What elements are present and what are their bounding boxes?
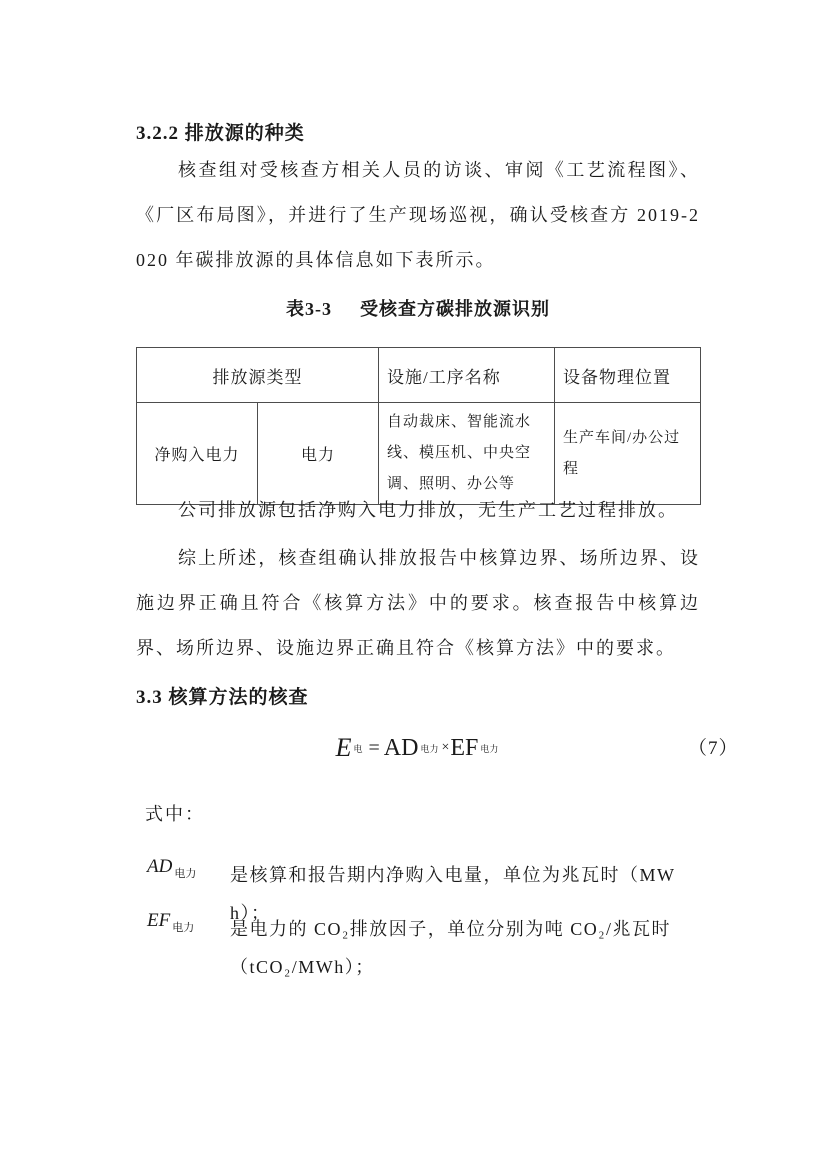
definition-ad-term-base: AD bbox=[147, 856, 172, 877]
where-label: 式中： bbox=[136, 800, 700, 826]
formula-equals-sign: = bbox=[369, 737, 380, 760]
emission-source-table-wrapper: 排放源类型 设施/工序名称 设备物理位置 净购入电力 电力 自动裁床、智能流水线… bbox=[136, 347, 700, 505]
definition-ad-term-subscript: 电力 bbox=[174, 868, 196, 880]
formula-ef-term: EF bbox=[450, 735, 478, 762]
formula-times-sign: × bbox=[441, 740, 449, 756]
definition-ef-description: 是电力的 CO₂排放因子，单位分别为吨 CO₂/兆瓦时 （tCO₂/MWh）； bbox=[230, 910, 671, 986]
definition-ef-term-base: EF bbox=[147, 910, 170, 931]
section-heading-3-2-2: 3.2.2 排放源的种类 bbox=[136, 118, 700, 145]
section-heading-3-3: 3.3 核算方法的核查 bbox=[136, 682, 700, 709]
definition-ef-description-line2: （tCO₂/MWh）； bbox=[230, 948, 671, 986]
intro-paragraph: 核查组对受核查方相关人员的访谈、审阅《工艺流程图》、《厂区布局图》，并进行了生产… bbox=[136, 148, 700, 283]
table-caption-title: 受核查方碳排放源识别 bbox=[360, 299, 550, 319]
table-header-source-type: 排放源类型 bbox=[137, 348, 379, 403]
table-caption: 表3-3受核查方碳排放源识别 bbox=[136, 295, 700, 321]
definition-ef: EF电力 是电力的 CO₂排放因子，单位分别为吨 CO₂/兆瓦时 （tCO₂/M… bbox=[136, 910, 700, 986]
paragraph-after-table: 公司排放源包括净购入电力排放，无生产工艺过程排放。 bbox=[136, 488, 700, 533]
table-caption-label: 表3-3 bbox=[286, 299, 332, 319]
definition-ef-description-line1: 是电力的 CO₂排放因子，单位分别为吨 CO₂/兆瓦时 bbox=[230, 910, 671, 948]
table-header-physical-location: 设备物理位置 bbox=[555, 348, 701, 403]
formula-lhs-subscript: 电 bbox=[353, 742, 362, 755]
table-header-facility-name: 设施/工序名称 bbox=[379, 348, 555, 403]
formula-block: E电=AD电力×EF电力 （7） bbox=[136, 728, 700, 768]
formula-ef-subscript: 电力 bbox=[480, 742, 498, 755]
definition-ef-term: EF电力 bbox=[136, 910, 230, 935]
equation-number: （7） bbox=[688, 733, 739, 760]
table-header-row: 排放源类型 设施/工序名称 设备物理位置 bbox=[137, 348, 701, 403]
document-page: 3.2.2 排放源的种类 核查组对受核查方相关人员的访谈、审阅《工艺流程图》、《… bbox=[0, 0, 827, 1169]
formula-ad-subscript: 电力 bbox=[420, 742, 438, 755]
definition-ef-term-subscript: 电力 bbox=[172, 922, 194, 934]
summary-paragraph: 综上所述，核查组确认排放报告中核算边界、场所边界、设施边界正确且符合《核算方法》… bbox=[136, 536, 700, 671]
emission-source-table: 排放源类型 设施/工序名称 设备物理位置 净购入电力 电力 自动裁床、智能流水线… bbox=[136, 347, 701, 505]
formula-ad-term: AD bbox=[384, 735, 419, 762]
formula-lhs: E bbox=[336, 733, 352, 763]
formula-equation: E电=AD电力×EF电力 bbox=[136, 728, 700, 768]
definition-ad-term: AD电力 bbox=[136, 856, 230, 881]
